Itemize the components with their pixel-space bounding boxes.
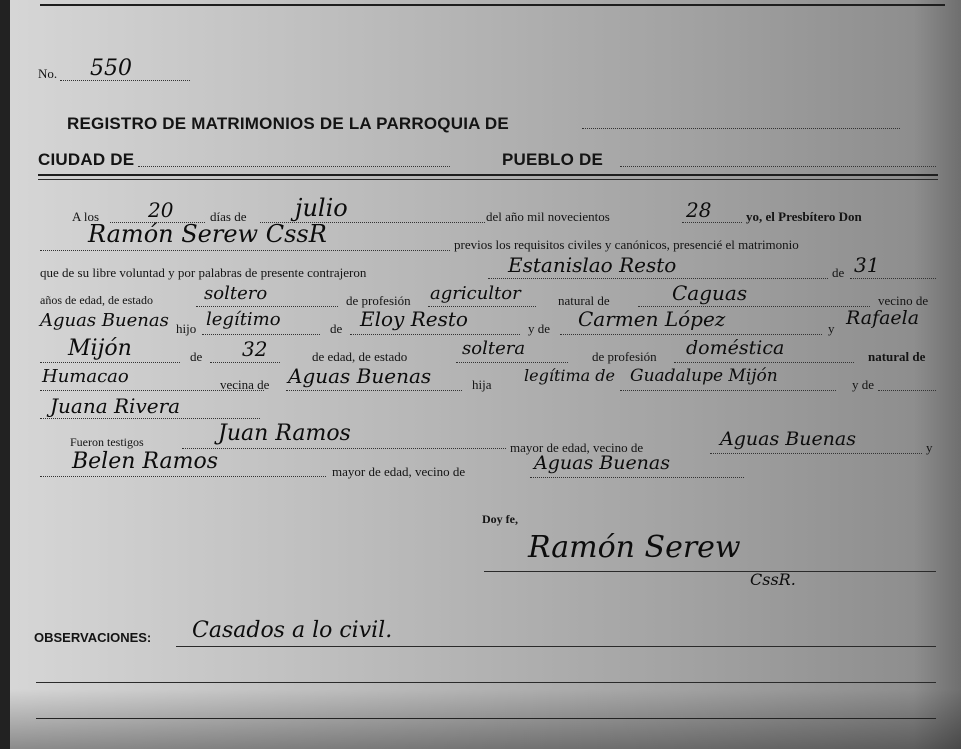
bride-profession-line: [674, 362, 854, 363]
text-vecina-de: vecina de: [220, 377, 269, 393]
year-value: 28: [686, 198, 711, 222]
text-de-profesion-2: de profesión: [592, 349, 657, 365]
bride-last-line: [40, 362, 180, 363]
text-previos: previos los requisitos civiles y canónic…: [454, 237, 799, 253]
witness2-residence: Aguas Buenas: [534, 452, 670, 474]
witness2-line: [40, 476, 326, 477]
witness1-name: Juan Ramos: [218, 421, 351, 446]
bride-profession: doméstica: [686, 337, 784, 359]
record-number-value: 550: [90, 56, 132, 81]
observations-line-3: [36, 718, 936, 719]
groom-age-line: [850, 278, 936, 279]
groom-mother-line: [560, 334, 822, 335]
bride-father: Guadalupe Mijón: [630, 366, 778, 386]
text-hija: hija: [472, 377, 492, 393]
header-rule-1: [38, 174, 938, 176]
bride-birthplace: Humacao: [42, 366, 129, 387]
ciudad-field-line: [138, 166, 450, 167]
text-natural-de-2: natural de: [868, 349, 925, 365]
marriage-register-page: No. 550 REGISTRO DE MATRIMONIOS DE LA PA…: [10, 0, 961, 749]
bride-father-line: [620, 390, 836, 391]
witness2-name: Belen Ramos: [72, 449, 218, 474]
record-number-label: No.: [38, 66, 57, 82]
groom-father-line: [350, 334, 520, 335]
groom-legit: legítimo: [206, 309, 281, 330]
month-value: julio: [295, 194, 348, 222]
text-de: de: [832, 265, 844, 281]
groom-profession: agricultor: [430, 283, 521, 304]
bride-age: 32: [242, 337, 267, 361]
priest-line: [40, 250, 450, 251]
groom-status: soltero: [204, 283, 267, 304]
observations-value: Casados a lo civil.: [192, 618, 392, 643]
text-y: y: [828, 321, 835, 337]
groom-name: Estanislao Resto: [508, 253, 676, 277]
text-presbitero: yo, el Presbítero Don: [746, 209, 862, 225]
signature-suffix: CssR.: [750, 570, 796, 589]
priest-name: Ramón Serew CssR: [88, 220, 327, 248]
observations-line-1: [176, 646, 936, 647]
pueblo-field-line: [620, 166, 936, 167]
groom-status-line: [196, 306, 338, 307]
observations-line-2: [36, 682, 936, 683]
priest-signature: Ramón Serew: [528, 530, 741, 565]
register-title: REGISTRO DE MATRIMONIOS DE LA PARROQUIA …: [67, 114, 509, 134]
text-anios-estado: años de edad, de estado: [40, 293, 153, 308]
text-contrajeron: que de su libre voluntad y por palabras …: [40, 265, 366, 281]
day-value: 20: [148, 198, 173, 222]
groom-residence: Aguas Buenas: [40, 310, 169, 331]
bride-age-line: [210, 362, 280, 363]
text-hijo: hijo: [176, 321, 196, 337]
top-rule: [40, 4, 945, 6]
text-y-de-2: y de: [852, 377, 874, 393]
parroquia-field-line: [582, 128, 900, 129]
groom-legit-line: [202, 334, 320, 335]
witnesses-label: Fueron testigos: [70, 435, 144, 450]
bride-mother: Juana Rivera: [50, 394, 180, 418]
text-mayor-2: mayor de edad, vecino de: [332, 464, 465, 480]
ciudad-label: CIUDAD DE: [38, 150, 134, 170]
year-line: [682, 222, 742, 223]
groom-birthplace: Caguas: [672, 281, 747, 305]
text-de-edad-estado: de edad, de estado: [312, 349, 407, 365]
groom-father: Eloy Resto: [360, 307, 468, 331]
witness2-residence-line: [530, 477, 744, 478]
bride-status: soltera: [462, 338, 525, 359]
text-de-2: de: [330, 321, 342, 337]
bride-mother-line-2: [40, 418, 260, 419]
bride-legit: legítima de: [524, 366, 615, 385]
text-de-3: de: [190, 349, 202, 365]
pueblo-label: PUEBLO DE: [502, 150, 603, 170]
witness1-line: [182, 448, 506, 449]
bride-first-name: Rafaela: [846, 307, 919, 329]
witness1-residence: Aguas Buenas: [720, 428, 856, 450]
groom-mother: Carmen López: [578, 307, 725, 331]
text-y-2: y: [926, 440, 933, 456]
bride-status-line: [456, 362, 568, 363]
text-del-anio: del año mil novecientos: [486, 209, 610, 225]
observations-label: OBSERVACIONES:: [34, 630, 151, 645]
bride-residence: Aguas Buenas: [288, 364, 431, 388]
doy-fe-text: Doy fe,: [482, 512, 518, 527]
groom-line: [488, 278, 828, 279]
groom-age: 31: [854, 253, 879, 277]
signature-line: [484, 571, 936, 572]
witness1-residence-line: [710, 453, 922, 454]
bride-last-name: Mijón: [68, 336, 132, 361]
header-rule-2: [38, 179, 938, 180]
bride-mother-line-1: [878, 390, 936, 391]
text-y-de: y de: [528, 321, 550, 337]
bride-residence-line: [286, 390, 462, 391]
